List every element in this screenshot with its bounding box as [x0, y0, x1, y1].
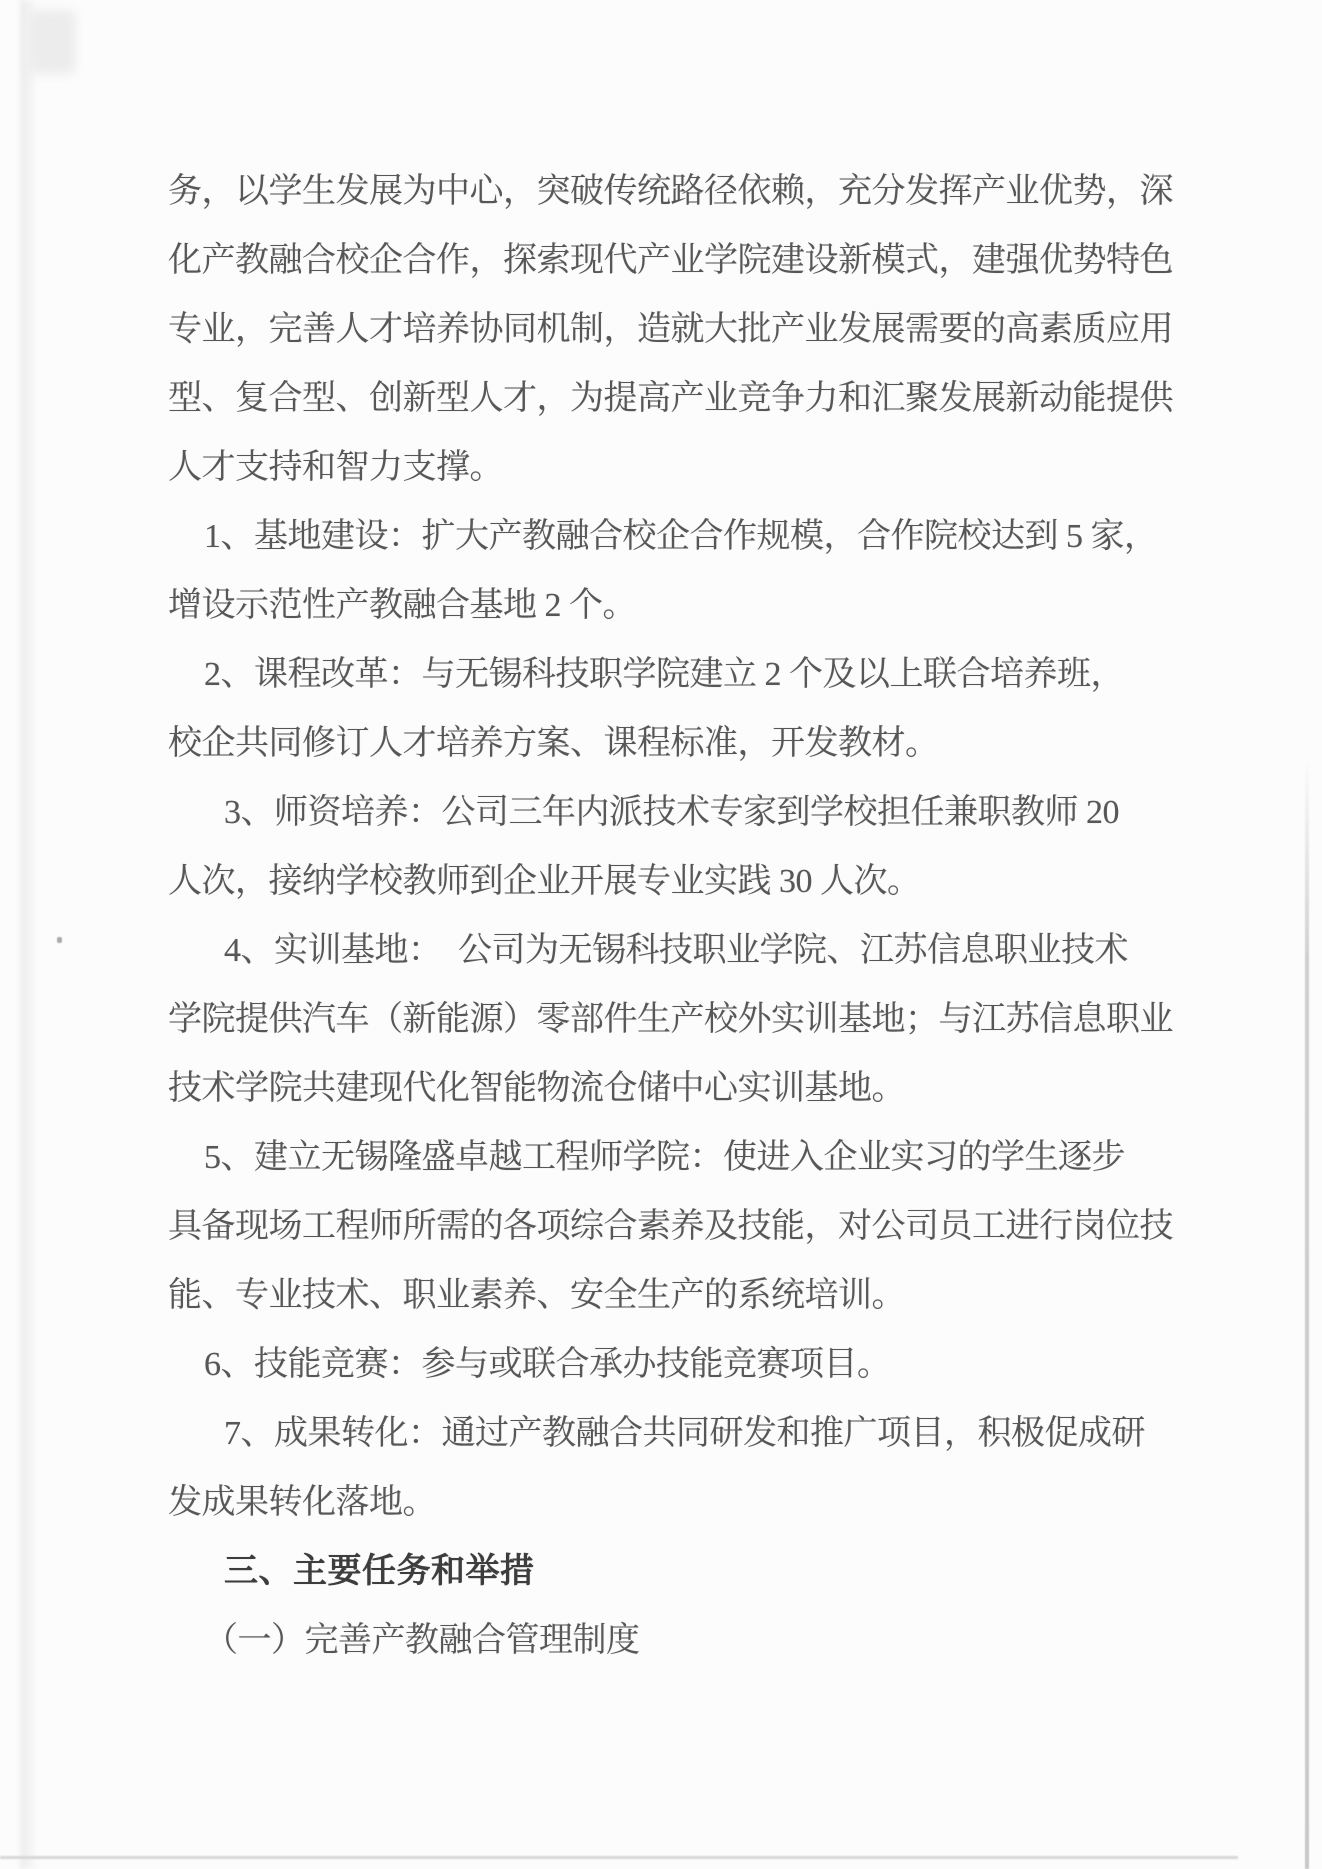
scan-edge-left-artifact: [20, 0, 36, 1869]
scan-bottom-edge-line: [0, 1856, 1238, 1859]
list-item-2-curriculum-reform: 2、课程改革：与无锡科技职学院建立 2 个及以上联合培养班，: [168, 640, 1178, 709]
text-line: 型、复合型、创新型人才，为提高产业竞争力和汇聚发展新动能提供: [168, 364, 1178, 433]
text-line: 专业，完善人才培养协同机制，造就大批产业发展需要的高素质应用: [168, 295, 1178, 364]
list-item-4-practical-training-base: 4、实训基地： 公司为无锡科技职业学院、江苏信息职业技术: [168, 916, 1178, 985]
list-item-5-engineer-academy: 5、建立无锡隆盛卓越工程师学院：使进入企业实习的学生逐步: [168, 1123, 1178, 1192]
text-line: 学院提供汽车（新能源）零部件生产校外实训基地；与江苏信息职业: [168, 985, 1178, 1054]
list-item-7-results-transformation: 7、成果转化：通过产教融合共同研发和推广项目，积极促成研: [168, 1399, 1178, 1468]
document-text-block: 务，以学生发展为中心，突破传统路径依赖，充分发挥产业优势，深 化产教融合校企合作…: [168, 157, 1178, 1675]
scan-speck: [57, 937, 62, 943]
text-line: 增设示范性产教融合基地 2 个。: [168, 571, 1178, 640]
subsection-heading-management-system: （一）完善产教融合管理制度: [168, 1606, 1178, 1675]
text-line: 具备现场工程师所需的各项综合素养及技能，对公司员工进行岗位技: [168, 1192, 1178, 1261]
text-line: 务，以学生发展为中心，突破传统路径依赖，充分发挥产业优势，深: [168, 157, 1178, 226]
text-line: 技术学院共建现代化智能物流仓储中心实训基地。: [168, 1054, 1178, 1123]
scanned-document-page: 务，以学生发展为中心，突破传统路径依赖，充分发挥产业优势，深 化产教融合校企合作…: [0, 0, 1322, 1869]
text-line: 人次，接纳学校教师到企业开展专业实践 30 人次。: [168, 847, 1178, 916]
text-line: 化产教融合校企合作，探索现代产业学院建设新模式，建强优势特色: [168, 226, 1178, 295]
section-heading-main-tasks: 三、主要任务和举措: [168, 1537, 1178, 1606]
text-line: 发成果转化落地。: [168, 1468, 1178, 1537]
scan-right-edge-line: [1305, 760, 1309, 1869]
scan-blob-artifact: [28, 10, 76, 74]
text-line: 能、专业技术、职业素养、安全生产的系统培训。: [168, 1261, 1178, 1330]
text-line: 人才支持和智力支撑。: [168, 433, 1178, 502]
list-item-6-skills-competition: 6、技能竞赛：参与或联合承办技能竞赛项目。: [168, 1330, 1178, 1399]
list-item-3-teacher-training: 3、师资培养：公司三年内派技术专家到学校担任兼职教师 20: [168, 778, 1178, 847]
text-line: 校企共同修订人才培养方案、课程标准，开发教材。: [168, 709, 1178, 778]
list-item-1-base-construction: 1、基地建设：扩大产教融合校企合作规模，合作院校达到 5 家，: [168, 502, 1178, 571]
